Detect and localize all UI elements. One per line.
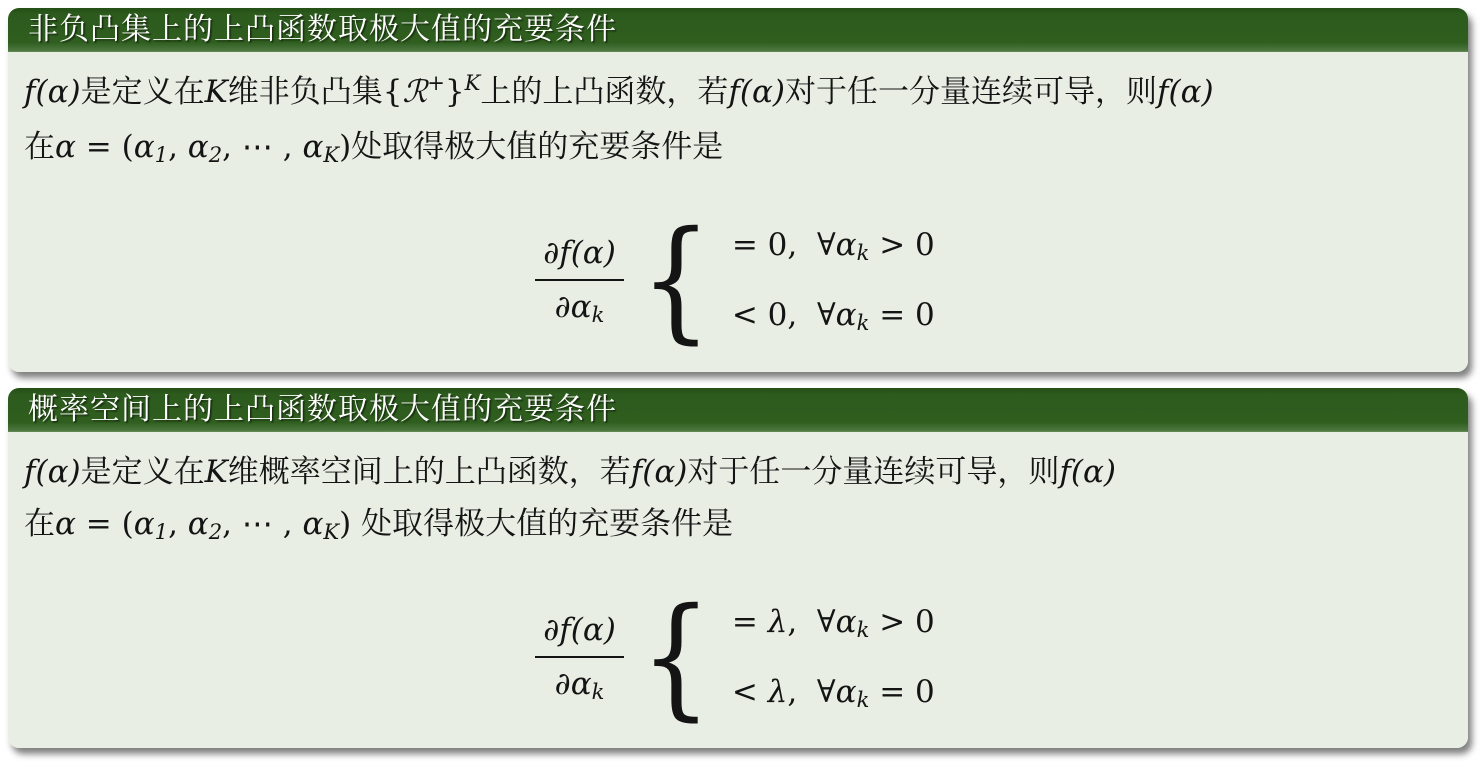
text-segment: λ xyxy=(768,604,788,640)
text-segment: = xyxy=(732,604,768,640)
text-segment: + xyxy=(427,70,445,95)
text-segment: , xyxy=(168,506,188,542)
fraction-numerator: ∂f(α) xyxy=(535,612,624,658)
text-segment: α xyxy=(134,129,155,165)
text-segment: α xyxy=(55,506,76,542)
fraction-numerator: ∂f(α) xyxy=(535,235,624,281)
text-segment: ℛ xyxy=(403,74,428,110)
text-segment: 上的上凸函数，若 xyxy=(480,74,728,110)
text-segment: } xyxy=(445,74,465,110)
text-segment: 维非负凸集{ xyxy=(228,74,403,110)
text-segment: 维概率空间上的上凸函数，若 xyxy=(228,454,631,490)
text-segment: α xyxy=(836,297,857,333)
text-segment: K xyxy=(323,519,339,544)
text-segment: < xyxy=(732,674,768,710)
text-segment: α xyxy=(188,506,209,542)
text-segment: )处取得极大值的充要条件是 xyxy=(339,129,723,165)
paragraph-line: 在α = (α1, α2, ⋯ , αK)处取得极大值的充要条件是 xyxy=(24,121,1446,176)
paragraph-line: f(α)是定义在K维非负凸集{ℛ+}K上的上凸函数，若f(α)对于任一分量连续可… xyxy=(24,66,1446,121)
text-segment: K xyxy=(205,454,228,490)
text-segment: = ( xyxy=(76,129,134,165)
text-segment: k xyxy=(857,310,870,335)
kkt-formula: ∂f(α) ∂αk { = 0, ∀αk > 0 < 0, ∀αk = 0 xyxy=(24,214,1446,346)
text-segment: < 0, ∀ xyxy=(732,297,836,333)
text-segment: k xyxy=(857,617,870,642)
block-body: f(α)是定义在K维概率空间上的上凸函数，若f(α)对于任一分量连续可导，则f(… xyxy=(8,432,1468,748)
text-segment: ∂α xyxy=(555,289,592,325)
text-segment: ∂α xyxy=(555,666,592,702)
text-segment: λ xyxy=(768,674,788,710)
text-segment: k xyxy=(857,687,870,712)
text-segment: = 0 xyxy=(869,674,934,710)
text-segment: f(α) xyxy=(631,454,688,490)
case-row: < λ, ∀αk = 0 xyxy=(732,674,935,710)
text-segment: ∂f(α) xyxy=(543,235,616,271)
text-segment: k xyxy=(857,240,870,265)
text-segment: > 0 xyxy=(869,604,934,640)
text-segment: = ( xyxy=(76,506,134,542)
cases-column: = 0, ∀αk > 0 < 0, ∀αk = 0 xyxy=(732,227,935,333)
left-brace-glyph: { xyxy=(640,214,711,346)
text-segment: > 0 xyxy=(869,227,934,263)
text-segment: α xyxy=(302,129,323,165)
text-segment: = 0 xyxy=(869,297,934,333)
text-segment: f(α) xyxy=(24,74,81,110)
text-segment: , ⋯ , xyxy=(222,506,302,542)
text-segment: , ∀ xyxy=(787,674,835,710)
cases-column: = λ, ∀αk > 0 < λ, ∀αk = 0 xyxy=(732,604,935,710)
partial-derivative-fraction: ∂f(α) ∂αk xyxy=(535,612,624,702)
theorem-block-nonneg-convex-set: 非负凸集上的上凸函数取极大值的充要条件 f(α)是定义在K维非负凸集{ℛ+}K上… xyxy=(8,8,1468,372)
text-segment: k xyxy=(592,679,605,704)
text-segment: f(α) xyxy=(1059,454,1116,490)
text-segment: α xyxy=(836,227,857,263)
text-segment: = 0, ∀ xyxy=(732,227,836,263)
text-segment: K xyxy=(205,74,228,110)
text-segment: , xyxy=(168,129,188,165)
text-segment: 在 xyxy=(24,129,55,165)
text-segment: 1 xyxy=(155,142,168,167)
text-segment: 是定义在 xyxy=(81,454,205,490)
text-segment: α xyxy=(836,674,857,710)
paragraph-line: 在α = (α1, α2, ⋯ , αK) 处取得极大值的充要条件是 xyxy=(24,498,1446,553)
case-row: = 0, ∀αk > 0 xyxy=(732,227,935,263)
text-segment: 2 xyxy=(209,142,222,167)
text-segment: , ∀ xyxy=(787,604,835,640)
theorem-block-probability-space: 概率空间上的上凸函数取极大值的充要条件 f(α)是定义在K维概率空间上的上凸函数… xyxy=(8,388,1468,748)
text-segment: k xyxy=(592,302,605,327)
text-segment: α xyxy=(188,129,209,165)
slide: 非负凸集上的上凸函数取极大值的充要条件 f(α)是定义在K维非负凸集{ℛ+}K上… xyxy=(0,0,1483,762)
block-title: 非负凸集上的上凸函数取极大值的充要条件 xyxy=(8,8,1468,52)
partial-derivative-fraction: ∂f(α) ∂αk xyxy=(535,235,624,325)
fraction-denominator: ∂αk xyxy=(555,281,605,325)
text-segment: f(α) xyxy=(1157,74,1214,110)
left-brace-glyph: { xyxy=(640,591,711,723)
case-row: < 0, ∀αk = 0 xyxy=(732,297,935,333)
text-segment: K xyxy=(323,142,339,167)
case-row: = λ, ∀αk > 0 xyxy=(732,604,935,640)
text-segment: 在 xyxy=(24,506,55,542)
text-segment: α xyxy=(55,129,76,165)
text-segment: , ⋯ , xyxy=(222,129,302,165)
text-segment: α xyxy=(134,506,155,542)
text-segment: f(α) xyxy=(728,74,785,110)
text-segment: α xyxy=(302,506,323,542)
text-segment: 是定义在 xyxy=(81,74,205,110)
block-title: 概率空间上的上凸函数取极大值的充要条件 xyxy=(8,388,1468,432)
block-body: f(α)是定义在K维非负凸集{ℛ+}K上的上凸函数，若f(α)对于任一分量连续可… xyxy=(8,52,1468,372)
text-segment: ∂f(α) xyxy=(543,612,616,648)
text-segment: 对于任一分量连续可导，则 xyxy=(785,74,1157,110)
text-segment: α xyxy=(836,604,857,640)
paragraph-line: f(α)是定义在K维概率空间上的上凸函数，若f(α)对于任一分量连续可导，则f(… xyxy=(24,446,1446,498)
text-segment: ) 处取得极大值的充要条件是 xyxy=(339,506,733,542)
fraction-denominator: ∂αk xyxy=(555,658,605,702)
text-segment: 对于任一分量连续可导，则 xyxy=(687,454,1059,490)
text-segment: K xyxy=(465,70,481,95)
text-segment: 1 xyxy=(155,519,168,544)
kkt-formula: ∂f(α) ∂αk { = λ, ∀αk > 0 < λ, ∀αk = 0 xyxy=(24,591,1446,723)
text-segment: f(α) xyxy=(24,454,81,490)
text-segment: 2 xyxy=(209,519,222,544)
